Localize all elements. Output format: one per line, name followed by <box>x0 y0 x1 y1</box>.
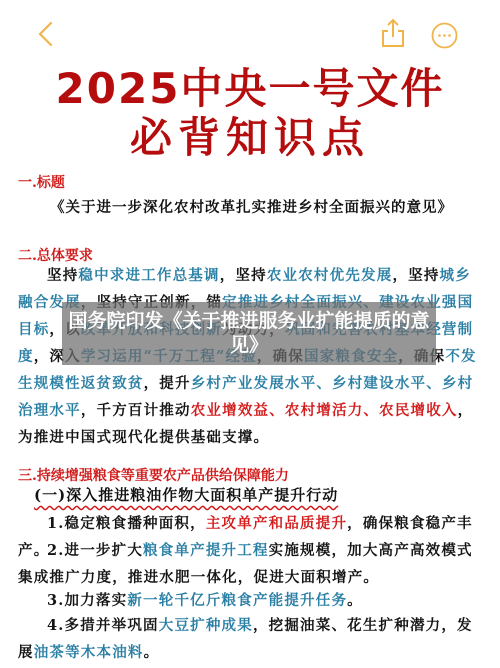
back-button[interactable] <box>34 20 58 48</box>
section-heading-title: 一.标题 <box>18 172 65 192</box>
text-segment: 。 <box>144 644 160 661</box>
news-caption-overlay[interactable]: 国务院印发《关于推进服务业扩能提质的意见》 <box>62 302 436 365</box>
share-icon <box>380 18 406 48</box>
text-segment: 农业增效益、农村增活力、农民增收入 <box>191 402 458 419</box>
more-options-button[interactable] <box>431 22 458 49</box>
text-segment: 主攻单产和品质提升 <box>206 515 347 532</box>
top-nav-bar <box>0 0 500 62</box>
subheading-yield-action: (一)深入推进粮油作物大面积单产提升行动 <box>34 484 338 505</box>
text-segment: 3.加力落实 <box>47 592 127 609</box>
hero-title-line1: 2025中央一号文件 <box>0 64 500 114</box>
item-2: 2.进一步扩大粮食单产提升工程实施规模，加大高产高效模式集成推广力度，推进水肥一… <box>18 537 482 591</box>
text-segment: ，千方百计推动 <box>81 402 191 419</box>
more-circle-icon <box>431 22 458 49</box>
text-segment: 坚持 <box>47 267 78 284</box>
text-segment: 农业农村优先发展 <box>267 267 393 284</box>
text-segment: 油茶等木本油料 <box>34 644 144 661</box>
chevron-left-icon <box>34 20 58 48</box>
text-segment: 稳中求进工作总基调 <box>78 267 219 284</box>
item-4: 4.多措并举巩固大豆扩种成果，挖掘油菜、花生扩种潜力，发展油茶等木本油料。 <box>18 612 482 666</box>
text-segment: 1.稳定粮食播种面积， <box>47 515 206 532</box>
text-segment: 4.多措并举巩固 <box>47 617 159 634</box>
text-segment: 新一轮千亿斤粮食产能提升任务 <box>127 592 347 609</box>
text-segment: 2.进一步扩大 <box>47 542 143 559</box>
text-segment: 。 <box>347 592 363 609</box>
text-segment: 粮食单产提升工程 <box>143 542 269 559</box>
text-segment: ，坚持 <box>392 267 439 284</box>
text-segment: ，坚持 <box>220 267 267 284</box>
text-segment: 大豆扩种成果 <box>159 617 253 634</box>
share-button[interactable] <box>380 18 406 48</box>
document-title: 《关于进一步深化农村改革扎实推进乡村全面振兴的意见》 <box>50 196 453 217</box>
hero-title-line2: 必背知识点 <box>0 113 500 163</box>
text-segment: ，提升 <box>144 375 191 392</box>
item-3: 3.加力落实新一轮千亿斤粮食产能提升任务。 <box>18 587 482 614</box>
section-heading-food-security: 三.持续增强粮食等重要农产品供给保障能力 <box>18 465 289 485</box>
